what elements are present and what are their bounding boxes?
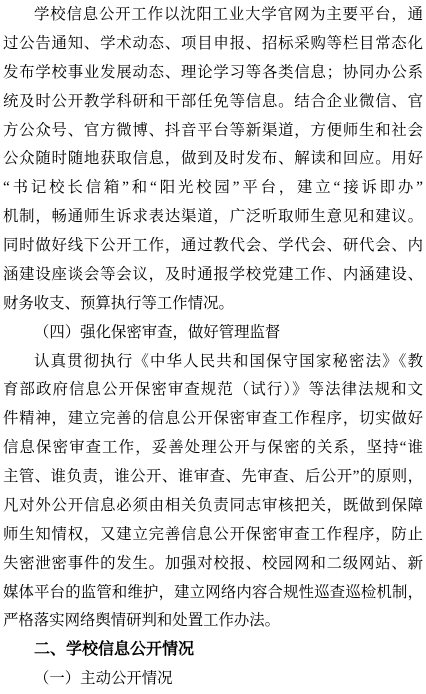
document-page: 学校信息公开工作以沈阳工业大学官网为主要平台，通过公告通知、学术动态、项目申报、… xyxy=(0,0,426,694)
text-line: （四）强化保密审查，做好管理监督 xyxy=(3,319,423,348)
text-line: 严格落实网络舆情研判和处置工作办法。 xyxy=(3,607,423,636)
text-line: 主管、谁负责，谁公开、谁审查、先审查、后公开”的原则， xyxy=(3,463,423,492)
text-line: 涵建设座谈会等会议，及时通报学校党建工作、内涵建设、 xyxy=(3,261,423,290)
text-line: 发布学校事业发展动态、理论学习等各类信息；协同办公系 xyxy=(3,59,423,88)
text-line: 财务收支、预算执行等工作情况。 xyxy=(3,290,423,319)
text-line: 机制，畅通师生诉求表达渠道，广泛听取师生意见和建议。 xyxy=(3,203,423,232)
text-line: 过公告通知、学术动态、项目申报、招标采购等栏目常态化 xyxy=(3,30,423,59)
text-line: 师生知情权，又建立完善信息公开保密审查工作程序，防止 xyxy=(3,521,423,550)
text-line: 学校信息公开工作以沈阳工业大学官网为主要平台，通 xyxy=(3,1,423,30)
text-line: 媒体平台的监管和维护，建立网络内容合规性巡查巡检机制， xyxy=(3,579,423,608)
text-line: 信息保密审查工作，妥善处理公开与保密的关系，坚持“谁 xyxy=(3,434,423,463)
text-line: 方公众号、官方微博、抖音平台等新渠道，方便师生和社会 xyxy=(3,117,423,146)
text-line: 认真贯彻执行《中华人民共和国保守国家秘密法》《教 xyxy=(3,348,423,377)
text-line: 公众随时随地获取信息，做到及时发布、解读和回应。用好 xyxy=(3,145,423,174)
text-line: 凡对外公开信息必须由相关负责同志审核把关，既做到保障 xyxy=(3,492,423,521)
text-line: （一）主动公开情况 xyxy=(3,665,423,694)
text-line: 育部政府信息公开保密审查规范（试行）》等法律法规和文 xyxy=(3,376,423,405)
text-line: 失密泄密事件的发生。加强对校报、校园网和二级网站、新 xyxy=(3,550,423,579)
text-line: 同时做好线下公开工作，通过教代会、学代会、研代会、内 xyxy=(3,232,423,261)
section-heading: 二、学校信息公开情况 xyxy=(3,636,423,665)
text-line: “书记校长信箱”和“阳光校园”平台，建立“接诉即办” xyxy=(3,174,423,203)
text-line: 件精神，建立完善的信息公开保密审查工作程序，切实做好 xyxy=(3,405,423,434)
document-body: 学校信息公开工作以沈阳工业大学官网为主要平台，通过公告通知、学术动态、项目申报、… xyxy=(3,1,423,694)
text-line: 统及时公开教学科研和干部任免等信息。结合企业微信、官 xyxy=(3,88,423,117)
